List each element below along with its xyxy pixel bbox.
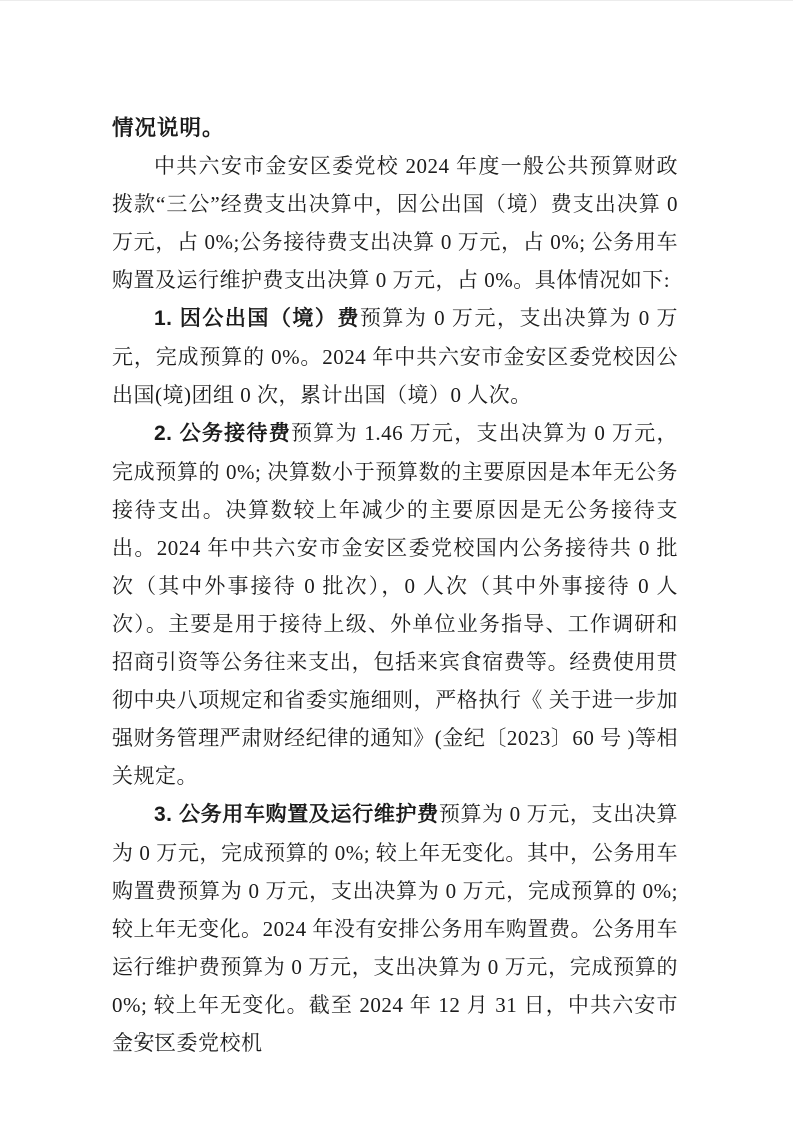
document-page: 情况说明。 中共六安市金安区委党校 2024 年度一般公共预算财政拨款“三公”经… <box>0 0 793 1123</box>
section-3-paragraph: 3. 公务用车购置及运行维护费预算为 0 万元，支出决算为 0 万元，完成预算的… <box>112 795 678 1062</box>
page-number: － 2 － <box>114 1027 172 1049</box>
section-1-lead: 1. 因公出国（境）费 <box>154 307 360 330</box>
section-2-lead: 2. 公务接待费 <box>154 422 291 445</box>
section-heading: 情况说明。 <box>112 109 678 147</box>
intro-paragraph-text: 中共六安市金安区委党校 2024 年度一般公共预算财政拨款“三公”经费支出决算中… <box>112 154 678 292</box>
section-3-text: 预算为 0 万元，支出决算为 0 万元，完成预算的 0%; 较上年无变化。其中，… <box>112 802 678 1055</box>
intro-paragraph: 中共六安市金安区委党校 2024 年度一般公共预算财政拨款“三公”经费支出决算中… <box>112 147 678 299</box>
section-1-paragraph: 1. 因公出国（境）费预算为 0 万元，支出决算为 0 万元，完成预算的 0%。… <box>112 299 678 414</box>
section-2-paragraph: 2. 公务接待费预算为 1.46 万元，支出决算为 0 万元，完成预算的 0%;… <box>112 414 678 795</box>
section-2-text: 预算为 1.46 万元，支出决算为 0 万元，完成预算的 0%; 决算数小于预算… <box>112 421 678 788</box>
section-3-lead: 3. 公务用车购置及运行维护费 <box>154 803 439 826</box>
document-body: 情况说明。 中共六安市金安区委党校 2024 年度一般公共预算财政拨款“三公”经… <box>112 109 678 1062</box>
